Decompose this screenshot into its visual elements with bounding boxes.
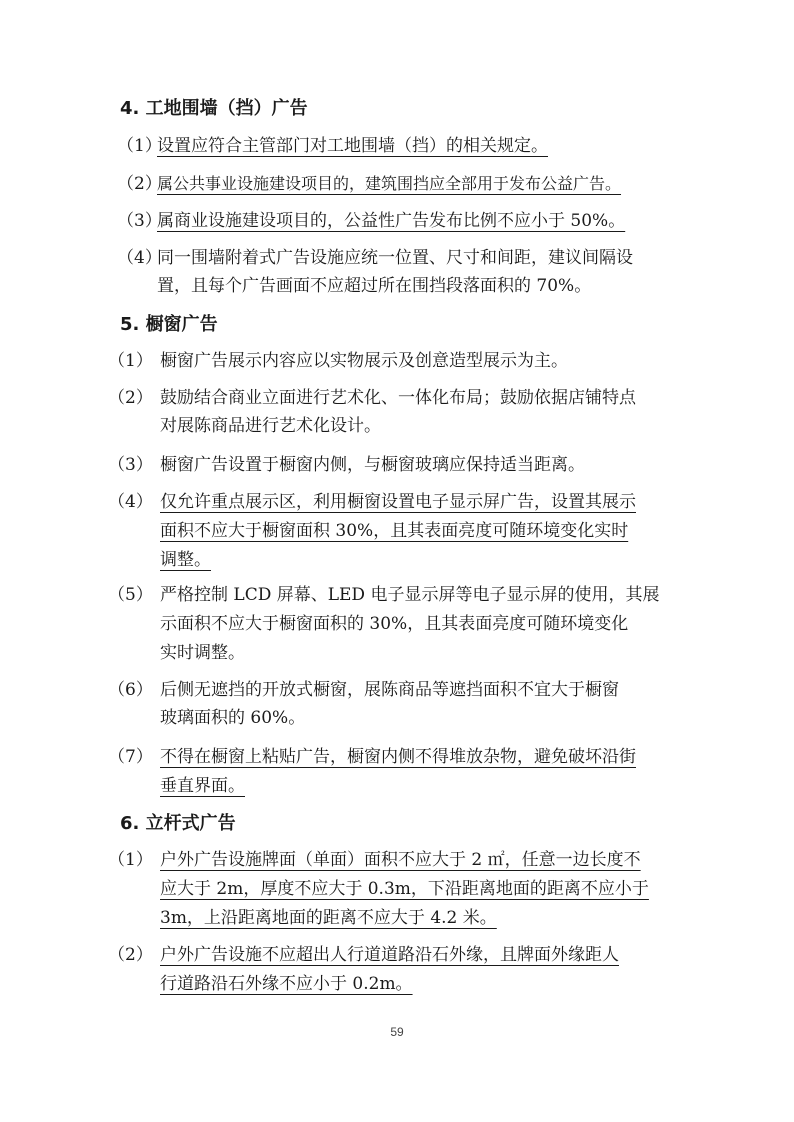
item-text: 橱窗广告设置于橱窗内侧，与橱窗玻璃应保持适当距离。 bbox=[160, 450, 585, 480]
item-text: 同一围墙附着式广告设施应统一位置、尺寸和间距，建议间隔设 bbox=[157, 243, 633, 273]
item-text: 调整。 bbox=[160, 545, 636, 575]
item-text: 应大于 2m，厚度不应大于 0.3m，下沿距离地面的距离不应小于 bbox=[160, 874, 649, 904]
list-item: （1） 户外广告设施牌面（单面）面积不应大于 2 ㎡，任意一边长度不 应大于 2… bbox=[108, 845, 698, 935]
item-text: 不得在橱窗上粘贴广告，橱窗内侧不得堆放杂物，避免破坏沿街 bbox=[160, 742, 636, 772]
item-text: 设置应符合主管部门对工地围墙（挡）的相关规定。 bbox=[157, 131, 548, 161]
page-number: 59 bbox=[0, 1025, 794, 1039]
list-item: （2） 鼓励结合商业立面进行艺术化、一体化布局；鼓励依据店铺特点 对展陈商品进行… bbox=[108, 383, 698, 443]
item-text: 属公共事业设施建设项目的，建筑围挡应全部用于发布公益广告。 bbox=[157, 169, 621, 199]
item-number: （1） bbox=[108, 346, 153, 376]
item-text: 实时调整。 bbox=[160, 638, 659, 668]
item-text: 置，且每个广告画面不应超过所在围挡段落面积的 70%。 bbox=[157, 271, 633, 301]
item-text: 鼓励结合商业立面进行艺术化、一体化布局；鼓励依据店铺特点 bbox=[160, 383, 636, 413]
item-number: （1） bbox=[117, 131, 162, 161]
section-heading-4: 4. 工地围墙（挡）广告 bbox=[120, 97, 308, 121]
item-text: 橱窗广告展示内容应以实物展示及创意造型展示为主。 bbox=[160, 346, 568, 376]
list-item: （3） 属商业设施建设项目的，公益性广告发布比例不应小于 50%。 bbox=[117, 206, 697, 236]
list-item: （2） 属公共事业设施建设项目的，建筑围挡应全部用于发布公益广告。 bbox=[117, 169, 697, 199]
item-number: （4） bbox=[117, 243, 162, 273]
document-page: 4. 工地围墙（挡）广告 （1） 设置应符合主管部门对工地围墙（挡）的相关规定。… bbox=[0, 0, 794, 1122]
item-number: （3） bbox=[117, 206, 162, 236]
list-item: （7） 不得在橱窗上粘贴广告，橱窗内侧不得堆放杂物，避免破坏沿街 垂直界面。 bbox=[108, 742, 698, 802]
item-number: （2） bbox=[108, 940, 153, 970]
section-heading-6: 6. 立杆式广告 bbox=[120, 812, 236, 836]
item-text: 示面积不应大于橱窗面积的 30%，且其表面亮度可随环境变化 bbox=[160, 609, 659, 639]
item-number: （2） bbox=[117, 169, 162, 199]
item-number: （6） bbox=[108, 675, 153, 705]
item-text: 严格控制 LCD 屏幕、LED 电子显示屏等电子显示屏的使用，其展 bbox=[160, 580, 659, 610]
list-item: （5） 严格控制 LCD 屏幕、LED 电子显示屏等电子显示屏的使用，其展 示面… bbox=[108, 580, 698, 670]
list-item: （6） 后侧无遮挡的开放式橱窗，展陈商品等遮挡面积不宜大于橱窗 玻璃面积的 60… bbox=[108, 675, 698, 735]
item-text: 行道路沿石外缘不应小于 0.2m。 bbox=[160, 969, 619, 999]
item-number: （2） bbox=[108, 383, 153, 413]
section-heading-5: 5. 橱窗广告 bbox=[120, 313, 218, 337]
list-item: （4） 同一围墙附着式广告设施应统一位置、尺寸和间距，建议间隔设 置，且每个广告… bbox=[117, 243, 697, 303]
item-number: （3） bbox=[108, 450, 153, 480]
item-number: （1） bbox=[108, 845, 153, 875]
item-number: （5） bbox=[108, 580, 153, 610]
list-item: （1） 设置应符合主管部门对工地围墙（挡）的相关规定。 bbox=[117, 131, 697, 161]
item-text: 户外广告设施不应超出人行道道路沿石外缘，且牌面外缘距人 bbox=[160, 940, 619, 970]
item-text: 玻璃面积的 60%。 bbox=[160, 703, 619, 733]
list-item: （4） 仅允许重点展示区，利用橱窗设置电子显示屏广告，设置其展示 面积不应大于橱… bbox=[108, 487, 698, 577]
list-item: （3） 橱窗广告设置于橱窗内侧，与橱窗玻璃应保持适当距离。 bbox=[108, 450, 698, 480]
list-item: （2） 户外广告设施不应超出人行道道路沿石外缘，且牌面外缘距人 行道路沿石外缘不… bbox=[108, 940, 698, 1000]
item-text: 后侧无遮挡的开放式橱窗，展陈商品等遮挡面积不宜大于橱窗 bbox=[160, 675, 619, 705]
item-text: 面积不应大于橱窗面积 30%，且其表面亮度可随环境变化实时 bbox=[160, 516, 636, 546]
item-text: 仅允许重点展示区，利用橱窗设置电子显示屏广告，设置其展示 bbox=[160, 487, 636, 517]
item-number: （4） bbox=[108, 487, 153, 517]
item-text: 属商业设施建设项目的，公益性广告发布比例不应小于 50%。 bbox=[157, 206, 625, 236]
item-text: 3m，上沿距离地面的距离不应大于 4.2 米。 bbox=[160, 903, 649, 933]
item-text: 户外广告设施牌面（单面）面积不应大于 2 ㎡，任意一边长度不 bbox=[160, 845, 649, 875]
item-text: 垂直界面。 bbox=[160, 771, 636, 801]
item-number: （7） bbox=[108, 742, 153, 772]
list-item: （1） 橱窗广告展示内容应以实物展示及创意造型展示为主。 bbox=[108, 346, 698, 376]
item-text: 对展陈商品进行艺术化设计。 bbox=[160, 411, 636, 441]
